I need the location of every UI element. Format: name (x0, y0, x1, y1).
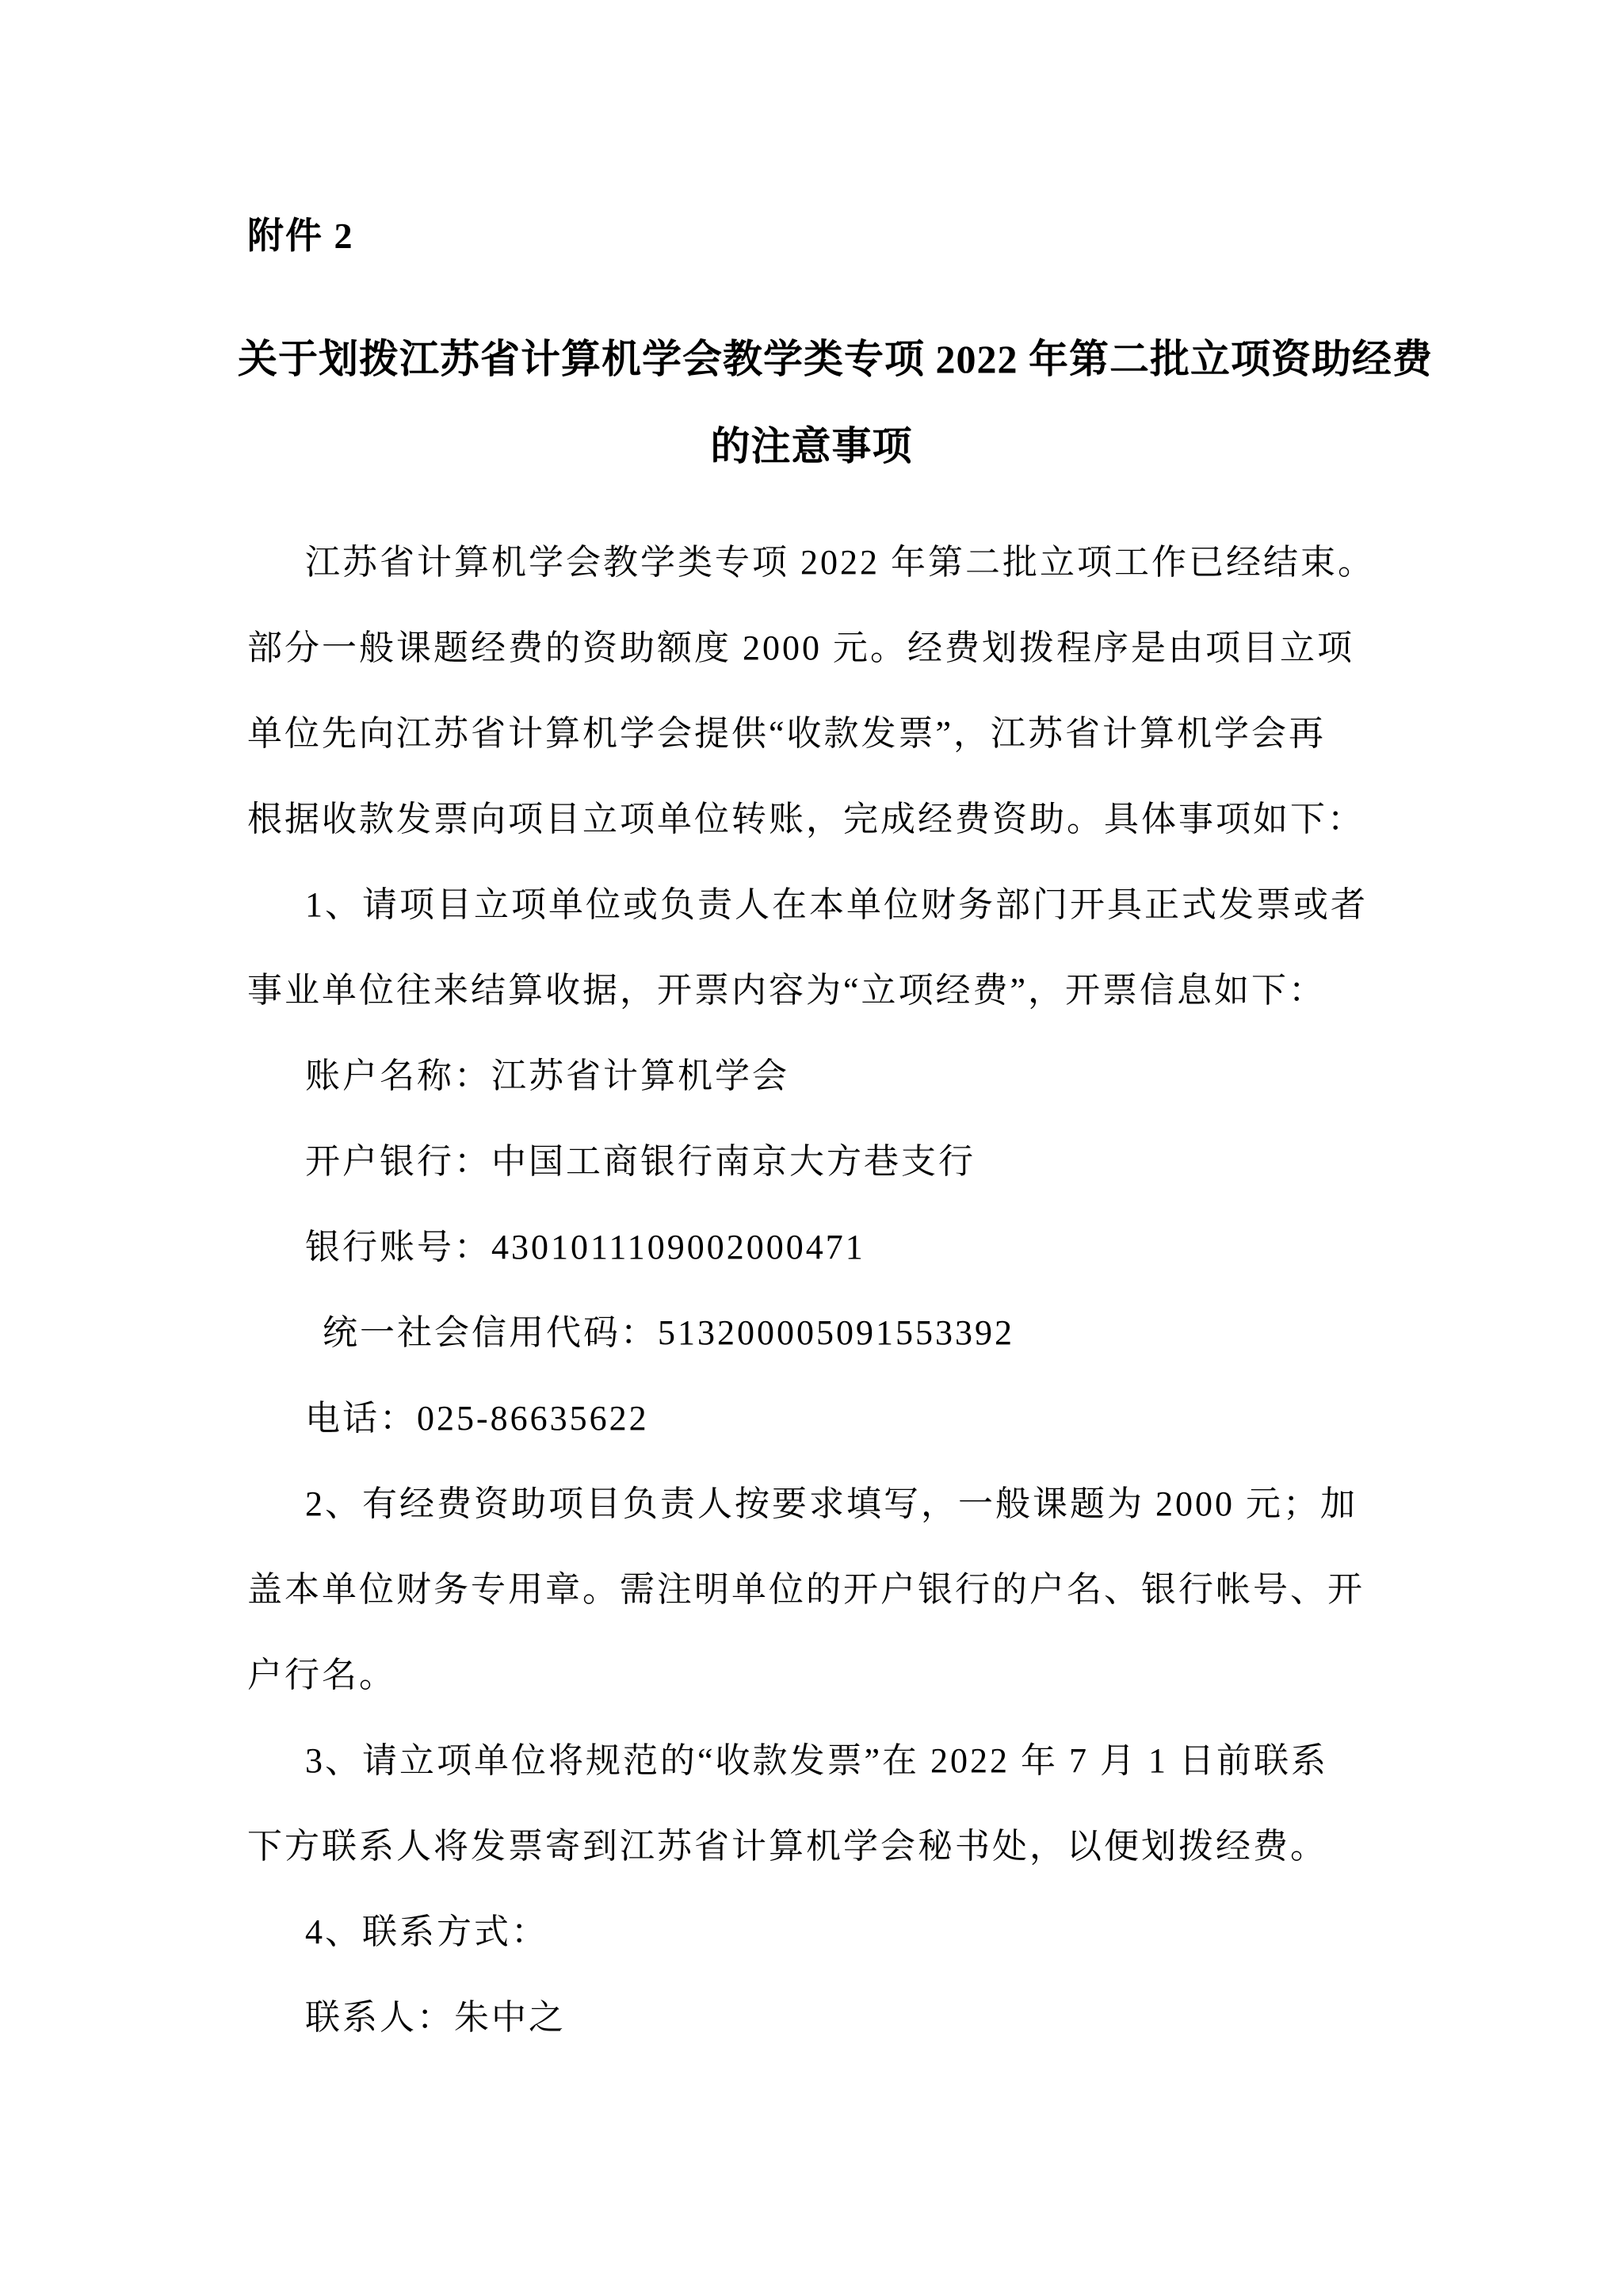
body-line-item2-3: 户行名。 (247, 1633, 1381, 1718)
body-line-item3-1: 3、请立项单位将规范的“收款发票”在 2022 年 7 月 1 日前联系 (247, 1718, 1381, 1804)
body-line-intro-3: 单位先向江苏省计算机学会提供“收款发票”，江苏省计算机学会再 (247, 691, 1381, 777)
body-line-credit-code: 统一社会信用代码：513200005091553392 (247, 1290, 1381, 1376)
document-title: 关于划拨江苏省计算机学会教学类专项 2022 年第二批立项资助经费 的注意事项 (238, 315, 1385, 490)
body-line-item2-2: 盖本单位财务专用章。需注明单位的开户银行的户名、银行帐号、开 (247, 1547, 1381, 1633)
document-title-line-1: 关于划拨江苏省计算机学会教学类专项 2022 年第二批立项资助经费 (238, 315, 1385, 403)
body-line-item1-2: 事业单位往来结算收据，开票内容为“立项经费”，开票信息如下： (247, 948, 1381, 1033)
body-line-intro-1: 江苏省计算机学会教学类专项 2022 年第二批立项工作已经结束。 (247, 520, 1381, 606)
attachment-label: 附件 2 (247, 216, 354, 257)
document-title-line-2: 的注意事项 (238, 403, 1385, 490)
body-line-bank-name: 开户银行：中国工商银行南京大方巷支行 (247, 1119, 1381, 1205)
body-line-phone: 电话：025-86635622 (247, 1376, 1381, 1461)
body-line-intro-2: 部分一般课题经费的资助额度 2000 元。经费划拨程序是由项目立项 (247, 606, 1381, 691)
body-line-item4: 4、联系方式： (247, 1889, 1381, 1975)
body-line-item3-2: 下方联系人将发票寄到江苏省计算机学会秘书处，以便划拨经费。 (247, 1804, 1381, 1889)
document-body: 江苏省计算机学会教学类专项 2022 年第二批立项工作已经结束。 部分一般课题经… (247, 520, 1381, 2061)
body-line-contact-name: 联系人：朱中之 (247, 1975, 1381, 2061)
document-page: 附件 2 关于划拨江苏省计算机学会教学类专项 2022 年第二批立项资助经费 的… (0, 0, 1623, 2296)
body-line-account-name: 账户名称：江苏省计算机学会 (247, 1033, 1381, 1119)
body-line-account-number: 银行账号：4301011109002000471 (247, 1205, 1381, 1290)
body-line-item2-1: 2、有经费资助项目负责人按要求填写，一般课题为 2000 元；加 (247, 1461, 1381, 1547)
body-line-intro-4: 根据收款发票向项目立项单位转账，完成经费资助。具体事项如下： (247, 777, 1381, 862)
body-line-item1-1: 1、请项目立项单位或负责人在本单位财务部门开具正式发票或者 (247, 862, 1381, 948)
